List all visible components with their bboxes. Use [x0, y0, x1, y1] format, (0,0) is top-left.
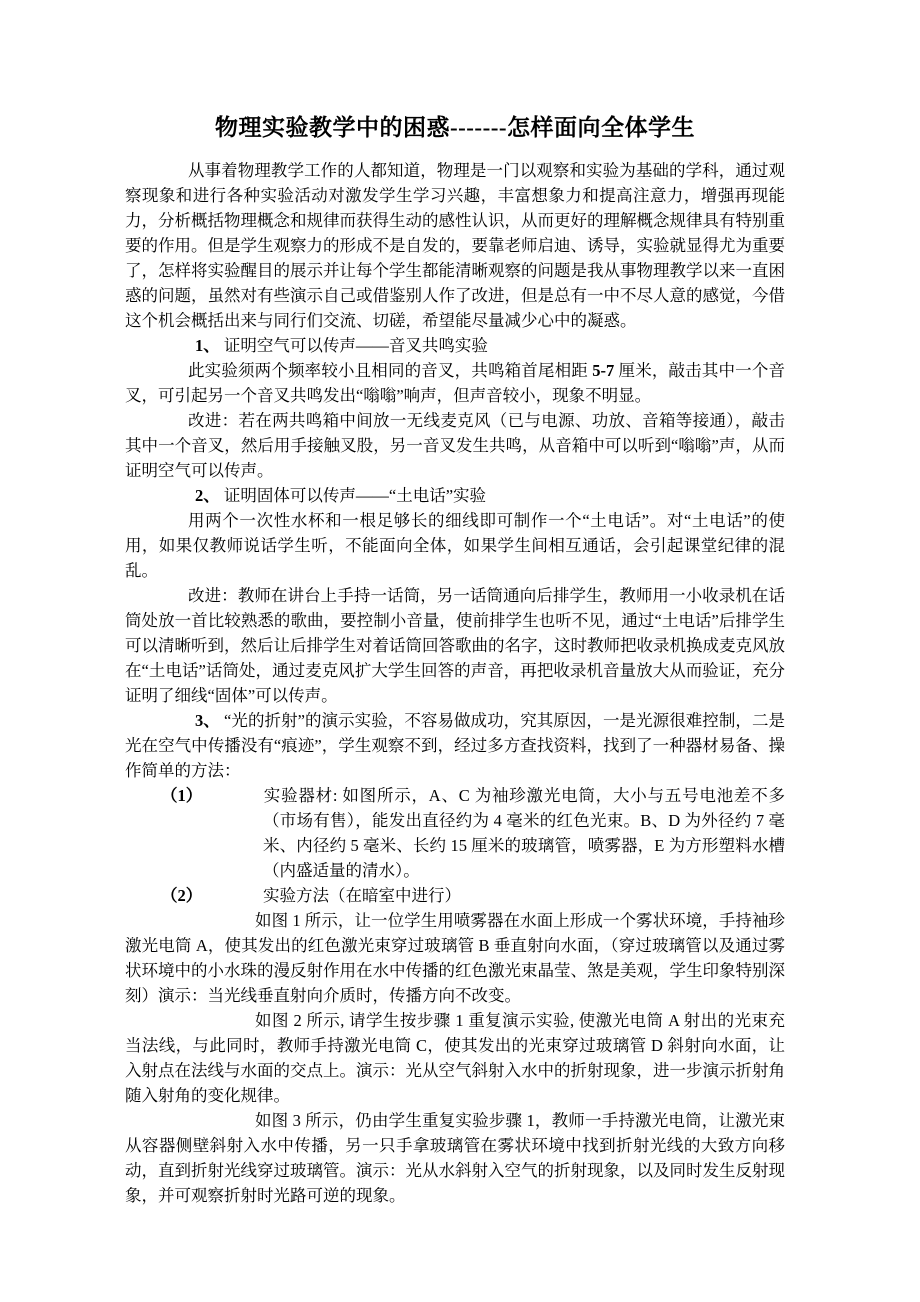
- text-run: 用两个一次性水杯和一根足够长的细线即可制作一个“土电话”。对“土电话”的使用，如…: [125, 511, 785, 580]
- text-run: 改进：教师在讲台上手持一话筒，另一话筒通向后排学生，教师用一小收录机在话筒处放一…: [125, 586, 785, 705]
- text-run: 改进：若在两共鸣箱中间放一无线麦克风（已与电源、功放、音箱等接通），敲击其中一个…: [125, 411, 785, 480]
- text-run: 2、: [195, 486, 224, 505]
- text-run: 证明空气可以传声——音叉共鸣实验: [224, 336, 488, 355]
- list-marker: （1）: [212, 783, 263, 808]
- paragraph: 从事着物理教学工作的人都知道，物理是一门以观察和实验为基础的学科，通过观察现象和…: [125, 158, 785, 333]
- text-run: 此实验须两个频率较小且相同的音叉，共鸣箱首尾相距: [188, 361, 592, 380]
- text-run: 证明固体可以传声——“土电话”实验: [224, 486, 486, 505]
- text-run: 如图 2 所示, 请学生按步骤 1 重复演示实验, 使激光电筒 A 射出的光束充…: [125, 1011, 785, 1105]
- text-run: 如图 3 所示，仍由学生重复实验步骤 1，教师一手持激光电筒，让激光束从容器侧壁…: [125, 1111, 785, 1205]
- sub-list-item: （1）实验器材: 如图所示，A、C 为袖珍激光电筒，大小与五号电池差不多（市场有…: [125, 783, 785, 883]
- paragraph: 改进：教师在讲台上手持一话筒，另一话筒通向后排学生，教师用一小收录机在话筒处放一…: [125, 583, 785, 708]
- text-run: 3、: [195, 711, 224, 730]
- text-run: 实验方法（在暗室中进行）: [263, 886, 461, 905]
- paragraph: 如图 1 所示，让一位学生用喷雾器在水面上形成一个雾状环境，手持袖珍激光电筒 A…: [125, 908, 785, 1008]
- text-run: 从事着物理教学工作的人都知道，物理是一门以观察和实验为基础的学科，通过观察现象和…: [125, 161, 785, 330]
- sub-list-item: （2）实验方法（在暗室中进行）: [125, 883, 785, 908]
- document-title: 物理实验教学中的困惑-------怎样面向全体学生: [125, 110, 785, 146]
- text-run: 实验器材: 如图所示，A、C 为袖珍激光电筒，大小与五号电池差不多（市场有售），…: [263, 786, 785, 880]
- paragraph: 改进：若在两共鸣箱中间放一无线麦克风（已与电源、功放、音箱等接通），敲击其中一个…: [125, 408, 785, 483]
- numbered-item: 2、 证明固体可以传声——“土电话”实验: [125, 483, 785, 508]
- text-run: 1、: [195, 336, 224, 355]
- numbered-item: 1、 证明空气可以传声——音叉共鸣实验: [125, 333, 785, 358]
- list-marker: （2）: [212, 883, 263, 908]
- document-content: 物理实验教学中的困惑-------怎样面向全体学生 从事着物理教学工作的人都知道…: [125, 110, 785, 1208]
- document-body: 从事着物理教学工作的人都知道，物理是一门以观察和实验为基础的学科，通过观察现象和…: [125, 158, 785, 1208]
- paragraph: 用两个一次性水杯和一根足够长的细线即可制作一个“土电话”。对“土电话”的使用，如…: [125, 508, 785, 583]
- paragraph: 如图 3 所示，仍由学生重复实验步骤 1，教师一手持激光电筒，让激光束从容器侧壁…: [125, 1108, 785, 1208]
- paragraph: 如图 2 所示, 请学生按步骤 1 重复演示实验, 使激光电筒 A 射出的光束充…: [125, 1008, 785, 1108]
- numbered-item: 3、 “光的折射”的演示实验，不容易做成功，究其原因，一是光源很难控制，二是光在…: [125, 708, 785, 783]
- text-run: 5-7: [592, 361, 614, 380]
- paragraph: 此实验须两个频率较小且相同的音叉，共鸣箱首尾相距 5-7 厘米，敲击其中一个音叉…: [125, 358, 785, 408]
- text-run: 如图 1 所示，让一位学生用喷雾器在水面上形成一个雾状环境，手持袖珍激光电筒 A…: [125, 911, 785, 1005]
- text-run: “光的折射”的演示实验，不容易做成功，究其原因，一是光源很难控制，二是光在空气中…: [125, 711, 785, 780]
- document-page: 物理实验教学中的困惑-------怎样面向全体学生 从事着物理教学工作的人都知道…: [0, 0, 920, 1302]
